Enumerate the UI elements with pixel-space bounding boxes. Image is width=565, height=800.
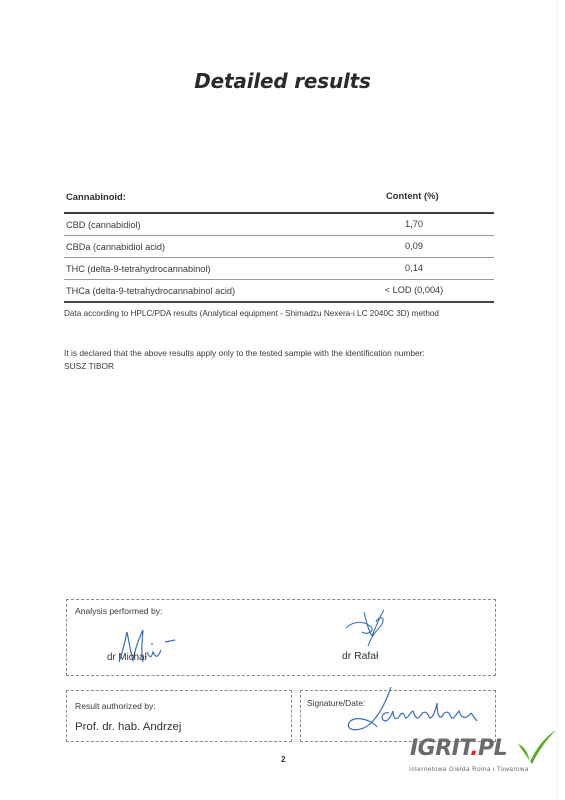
- logo-tagline: Internetowa Giełda Rolna i Towarowa: [409, 766, 529, 773]
- cannabinoid-value: 0,09: [334, 241, 494, 251]
- authorization-box: Result authorized by: Prof. dr. hab. And…: [66, 690, 292, 742]
- cannabinoid-value: < LOD (0,004): [334, 285, 494, 295]
- table-row: THCa (delta-9-tetrahydrocannabinol acid)…: [64, 280, 494, 301]
- declaration: It is declared that the above results ap…: [64, 347, 425, 373]
- page-edge: [556, 0, 557, 800]
- document-page: Detailed results Cannabinoid: Content (%…: [0, 0, 565, 800]
- header-cannabinoid: Cannabinoid:: [66, 191, 126, 202]
- igrit-logo: IGRIT.PL Internetowa Giełda Rolna i Towa…: [408, 728, 558, 778]
- authorizer-name: Prof. dr. hab. Andrzej: [75, 721, 181, 733]
- table-bottom-rule: [64, 301, 494, 303]
- analyst-left-name: dr Michał: [107, 652, 147, 663]
- logo-wordmark: IGRIT.PL: [410, 736, 507, 761]
- checkmark-icon: [516, 728, 558, 766]
- page-number: 2: [281, 755, 285, 764]
- table-header: Cannabinoid: Content (%): [64, 186, 494, 212]
- header-content: Content (%): [386, 190, 439, 201]
- declaration-text: It is declared that the above results ap…: [64, 347, 425, 360]
- cannabinoid-value: 0,14: [334, 263, 494, 273]
- table-row: THC (delta-9-tetrahydrocannabinol) 0,14: [64, 258, 494, 279]
- authorization-label: Result authorized by:: [75, 701, 156, 711]
- page-title: Detailed results: [0, 69, 565, 93]
- method-note: Data according to HPLC/PDA results (Anal…: [64, 309, 439, 318]
- cannabinoid-name: CBD (cannabidiol): [66, 220, 141, 230]
- cannabinoid-name: CBDa (cannabidiol acid): [66, 242, 165, 252]
- signature-right-icon: [342, 606, 392, 651]
- analyst-right-name: dr Rafał: [342, 651, 378, 662]
- table-row: CBDa (cannabidiol acid) 0,09: [64, 236, 494, 257]
- results-table: Cannabinoid: Content (%) CBD (cannabidio…: [64, 186, 494, 303]
- sample-id: SUSZ TIBOR: [64, 360, 425, 373]
- analysis-box: Analysis performed by: dr Michał dr Rafa…: [66, 599, 496, 676]
- table-row: CBD (cannabidiol) 1,70: [64, 214, 494, 235]
- cannabinoid-value: 1,70: [334, 219, 494, 229]
- analysis-label: Analysis performed by:: [75, 606, 162, 616]
- cannabinoid-name: THCa (delta-9-tetrahydrocannabinol acid): [66, 286, 235, 296]
- cannabinoid-name: THC (delta-9-tetrahydrocannabinol): [66, 264, 211, 274]
